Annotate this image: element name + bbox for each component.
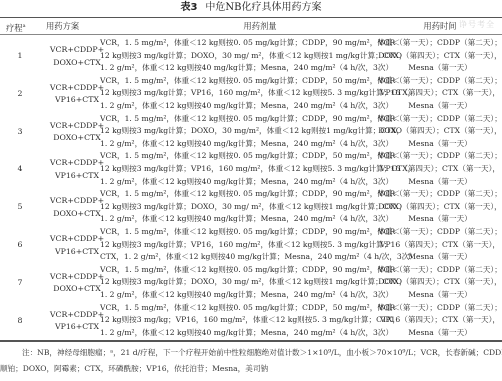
timing-line: VCR（第一天）；CDDP（第二天）； — [378, 75, 502, 88]
timing-cell: VCR（第一天）；CDDP（第二天）；VP16（第四天）；CTX（第一天），Me… — [378, 75, 502, 113]
dose-line: 1. 2 g/m²，体重＜12 kg则按40 mg/kg计算；Mesna，240… — [100, 176, 372, 189]
note-line-2: 顺铂；DOXO，阿霉素；CTX，环磷酰胺；VP16，依托泊苷；Mesna，美司钠 — [0, 361, 502, 377]
dose-cell: VCR，1. 5 mg/m²，体重＜12 kg则按0. 05 mg/kg计算；C… — [100, 150, 372, 188]
dose-line: 1. 2 g/m²，体重＜12 kg则按40 mg/kg计算；Mesna，240… — [100, 289, 372, 302]
dose-cell: VCR，1. 5 mg/m²，体重＜12 kg则按0. 05 mg/kg计算；C… — [100, 226, 372, 264]
dose-line: 12 kg则按3 mg/kg计算；DOXO，30 mg/m²，体重＜12 kg则… — [100, 125, 372, 138]
dose-line: 12 kg则按3 mg/kg计算；DOXO，30 mg/ m²，体重＜12 kg… — [100, 50, 372, 63]
dose-line: VCR，1. 5 mg/m²，体重＜12 kg则按0. 05 mg/kg计算；C… — [100, 302, 372, 315]
table-notes: 注：NB，神经母细胞瘤；ᵃ，21 d/疗程，下一个疗程开始前中性粒细胞绝对值计数… — [0, 345, 502, 377]
dose-line: 12 kg则按3 mg/kg计算；VP16，160 mg/m²，体重＜12 kg… — [100, 87, 372, 100]
timing-line: VP16（第四天）；CTX（第一天）， — [378, 163, 502, 176]
timing-line: Mesna（第一天） — [378, 176, 502, 189]
timing-line: VCR（第一天）；CDDP（第二天）； — [378, 188, 502, 201]
header-dose: 用药剂量 — [140, 19, 380, 33]
dose-line: VCR，1. 5 mg/m²，体重＜12 kg则按0. 05 mg/kg计算；C… — [100, 264, 372, 277]
timing-cell: VCR（第一天）；CDDP（第二天）；VP16（第四天）；CTX（第一天），Me… — [378, 302, 502, 340]
bottom-rule — [0, 340, 502, 342]
table-row: 8VCR+CDDP+VP16+CTXVCR，1. 5 mg/m²，体重＜12 k… — [0, 302, 502, 340]
dose-line: VCR，1. 5 mg/m²，体重＜12 kg则按0. 05 mg/kg计算；C… — [100, 37, 372, 50]
timing-line: VP16（第四天）；CTX（第一天）， — [378, 314, 502, 327]
timing-line: VCR（第一天）；CDDP（第二天）； — [378, 226, 502, 239]
dose-line: VCR，1. 5 mg/m²，体重＜12 kg则按0. 05 mg/kg计算；C… — [100, 188, 372, 201]
dose-line: 1. 2 g/m²，体重＜12 kg则按40 mg/kg计算；Mesna，240… — [100, 62, 372, 75]
timing-cell: VCR（第一天）；CDDP（第二天）；DOXO（第四天）；CTX（第一天），Me… — [378, 113, 502, 151]
dose-cell: VCR，1. 5 mg/m²，体重＜12 kg则按0. 05 mg/kg计算；C… — [100, 37, 372, 75]
table-row: 6VCR+CDDP+VP16+CTXVCR，1. 5 mg/m²，体重＜12 k… — [0, 226, 502, 264]
dose-line: VCR，1. 5 mg/m²，体重＜12 kg则按0. 05 mg/kg计算；C… — [100, 75, 372, 88]
dose-cell: VCR，1. 5 mg/m²，体重＜12 kg则按0. 05 mg/kg计算；C… — [100, 302, 372, 340]
timing-line: Mesna（第一天） — [378, 62, 502, 75]
timing-line: VCR（第一天）；CDDP（第二天）； — [378, 264, 502, 277]
dose-cell: VCR，1. 5 mg/m²，体重＜12 kg则按0. 05 mg/kg计算；C… — [100, 75, 372, 113]
table-caption: 中危NB化疗具体用药方案 — [205, 2, 321, 13]
dose-line: 1. 2 g/m²，体重＜12 kg则按40 mg/kg计算；Mesna，240… — [100, 100, 372, 113]
timing-line: DOXO（第四天）；CTX（第一天）， — [378, 276, 502, 289]
timing-line: VCR（第一天）；CDDP（第二天）； — [378, 37, 502, 50]
dose-line: 1. 2 g/m²，体重＜12 kg则按40 mg/kg计算；Mesna，240… — [100, 138, 372, 151]
watermark: 诤号考全 — [459, 19, 495, 30]
timing-line: Mesna（第一天） — [378, 100, 502, 113]
timing-line: VCR（第一天）；CDDP（第二天）； — [378, 113, 502, 126]
timing-line: DOXO（第四天）；CTX（第一天）， — [378, 125, 502, 138]
table-row: 5VCR+CDDP+DOXO+CTXVCR，1. 5 mg/m²，体重＜12 k… — [0, 188, 502, 226]
dose-cell: VCR，1. 5 mg/m²，体重＜12 kg则按0. 05 mg/kg计算；C… — [100, 113, 372, 151]
timing-line: VP16（第四天）；CTX（第一天）， — [378, 239, 502, 252]
timing-line: Mesna（第一天） — [378, 213, 502, 226]
timing-cell: VCR（第一天）；CDDP（第二天）；VP16（第四天）；CTX（第一天），Me… — [378, 150, 502, 188]
dose-cell: VCR，1. 5 mg/m²，体重＜12 kg则按0. 05 mg/kg计算；C… — [100, 188, 372, 226]
timing-line: VP16（第四天）；CTX（第一天）， — [378, 87, 502, 100]
header-course: 疗程a — [6, 19, 32, 33]
timing-cell: VCR（第一天）；CDDP（第二天）；DOXO（第四天）；CTX（第一天），Me… — [378, 264, 502, 302]
dose-line: 1. 2 g/m²，体重＜12 kg则按40 mg/kg计算；Mesna，240… — [100, 213, 372, 226]
table-title: 表3中危NB化疗具体用药方案 — [0, 1, 502, 15]
dose-line: VCR，1. 5 mg/m²，体重＜12 kg则按0. 05 mg/kg计算；C… — [100, 226, 372, 239]
note-line-1: 注：NB，神经母细胞瘤；ᵃ，21 d/疗程，下一个疗程开始前中性粒细胞绝对值计数… — [0, 345, 502, 361]
header-scheme: 用药方案 — [46, 19, 106, 33]
dose-line: VCR，1. 5 mg/m²，体重＜12 kg则按0. 05 mg/kg计算；C… — [100, 150, 372, 163]
dose-line: VCR，1. 5 mg/m²，体重＜12 kg则按0. 05 mg/kg计算；C… — [100, 113, 372, 126]
timing-line: Mesna（第一天） — [378, 327, 502, 340]
table-number: 表3 — [180, 2, 197, 13]
dose-line: 12 kg则按3 mg/kg计算；VP16，160 mg/m²，体重＜12 kg… — [100, 239, 372, 252]
dose-line: 12 kg则按3 mg/kg计算；VP16，160 mg/m²，体重＜12 kg… — [100, 163, 372, 176]
dose-line: 12 kg则按3 mg/kg；VP16，160 mg/m²，体重＜12 kg则按… — [100, 314, 372, 327]
table-row: 7VCR+CDDP+DOXO+CTXVCR，1. 5 mg/m²，体重＜12 k… — [0, 264, 502, 302]
timing-line: VCR（第一天）；CDDP（第二天）； — [378, 150, 502, 163]
timing-line: Mesna（第一天） — [378, 138, 502, 151]
timing-line: VCR（第一天）；CDDP（第二天）； — [378, 302, 502, 315]
table-row: 1VCR+CDDP+DOXO+CTXVCR，1. 5 mg/m²，体重＜12 k… — [0, 37, 502, 75]
top-rule — [0, 17, 502, 18]
dose-cell: VCR，1. 5 mg/m²，体重＜12 kg则按0. 05 mg/kg计算；C… — [100, 264, 372, 302]
timing-line: DOXO（第四天）；CTX（第一天）， — [378, 50, 502, 63]
table-row: 2VCR+CDDP+VP16+CTXVCR，1. 5 mg/m²，体重＜12 k… — [0, 75, 502, 113]
timing-line: Mesna（第一天） — [378, 289, 502, 302]
timing-cell: VCR（第一天）；CDDP（第二天）；VP16（第四天）；CTX（第一天），Me… — [378, 226, 502, 264]
table-row: 4VCR+CDDP+VP16+CTXVCR，1. 5 mg/m²，体重＜12 k… — [0, 150, 502, 188]
timing-cell: VCR（第一天）；CDDP（第二天）；DOXO（第四天）；CTX（第一天），Me… — [378, 188, 502, 226]
header-rule — [0, 34, 502, 35]
dose-line: 1. 2 g/m²，体重＜12 kg则按40 mg/kg计算；Mesna，240… — [100, 327, 372, 340]
timing-line: DOXO（第四天）；CTX（第一天）， — [378, 201, 502, 214]
table-body: 1VCR+CDDP+DOXO+CTXVCR，1. 5 mg/m²，体重＜12 k… — [0, 37, 502, 339]
timing-cell: VCR（第一天）；CDDP（第二天）；DOXO（第四天）；CTX（第一天），Me… — [378, 37, 502, 75]
dose-line: CTX，1. 2 g/m²，体重＜12 kg则按40 mg/kg计算；Mesna… — [100, 251, 372, 264]
table-row: 3VCR+CDDP+DOXO+CTXVCR，1. 5 mg/m²，体重＜12 k… — [0, 113, 502, 151]
dose-line: 12 kg则按3 mg/kg计算；DOXO，30 mg/ m²，体重＜12 kg… — [100, 276, 372, 289]
timing-line: Mesna（第一天） — [378, 251, 502, 264]
dose-line: 12 kg则按3 mg/kg计算；DOXO，30 mg/ m²，体重＜12 kg… — [100, 201, 372, 214]
